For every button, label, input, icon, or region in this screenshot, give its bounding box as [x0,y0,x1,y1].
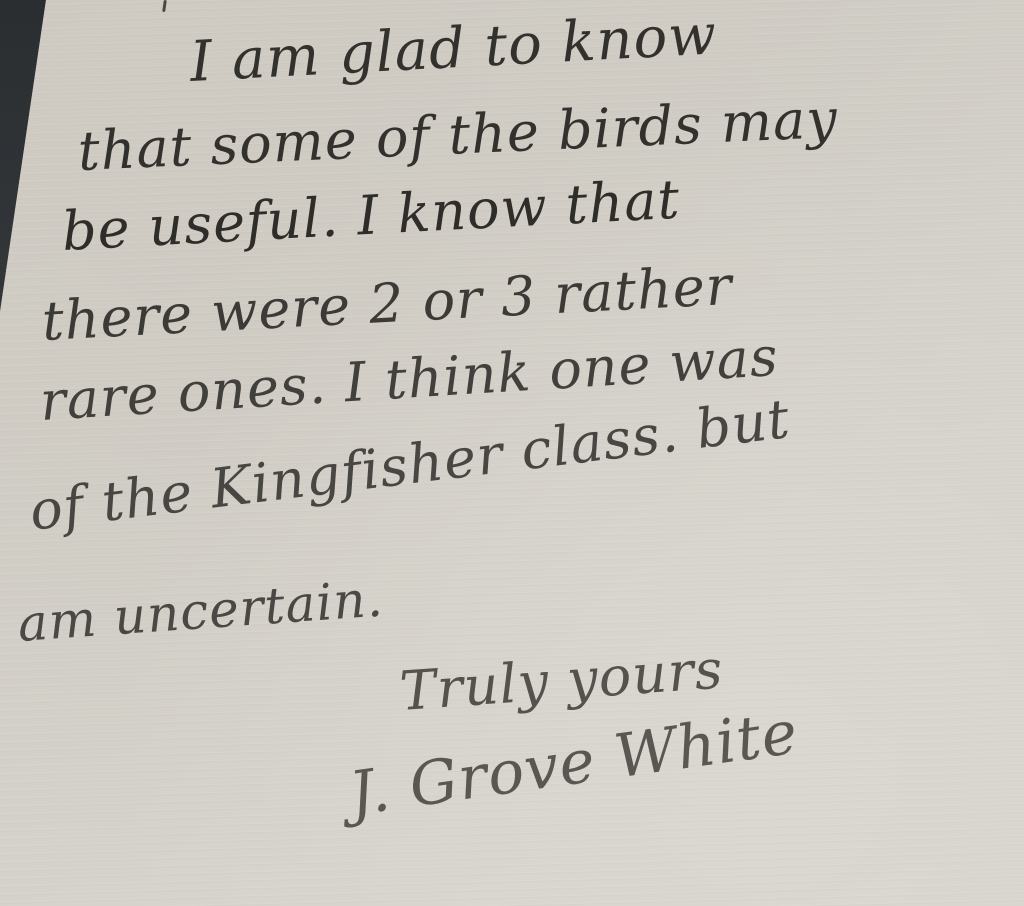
letter-photograph: I am glad to know that some of the birds… [0,0,1024,906]
letter-closing: Truly yours [398,637,725,722]
letter-line-2: that some of the birds may [77,87,839,183]
previous-line-descender [162,0,167,12]
letter-line-3: be useful. I know that [60,168,681,263]
letter-line-7: am uncertain. [16,570,385,653]
letter-line-1: I am glad to know [188,2,718,95]
letter-paper: I am glad to know that some of the birds… [0,0,1024,906]
